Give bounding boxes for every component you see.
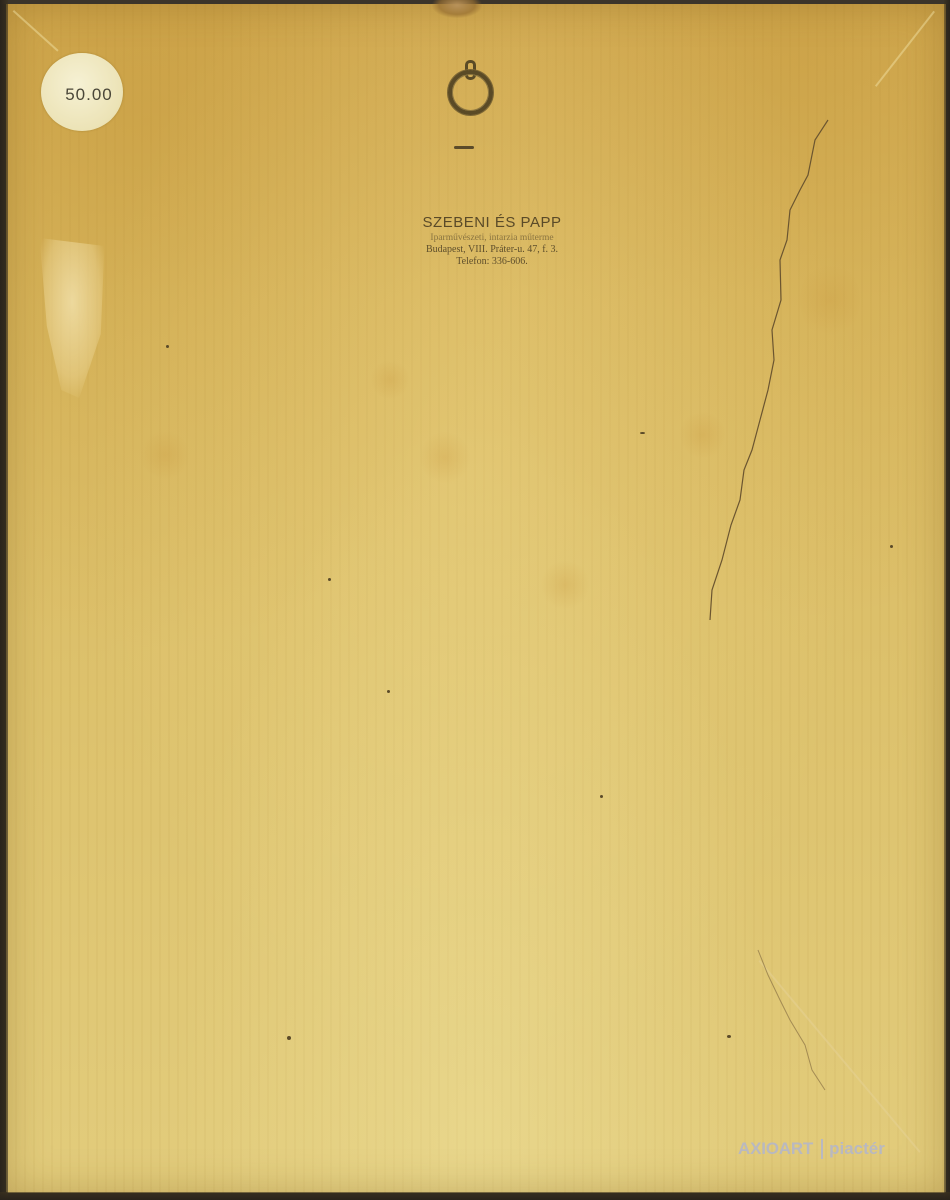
hanging-ring-icon: [448, 70, 493, 115]
maker-label: SZEBENI ÉS PAPP Iparművészeti, intarzia …: [392, 214, 592, 268]
maker-subtitle: Iparművészeti, intarzia műterme: [392, 232, 592, 244]
maker-address: Budapest, VIII. Práter-u. 47, f. 3.: [392, 244, 592, 256]
stain: [680, 410, 725, 460]
maker-phone: Telefon: 336-606.: [392, 256, 592, 268]
stain: [140, 430, 190, 480]
stain: [370, 360, 410, 400]
nail-mark: [454, 146, 474, 149]
watermark-separator: [821, 1139, 823, 1159]
stain: [540, 560, 590, 610]
speck: [640, 432, 645, 434]
speck: [600, 795, 603, 798]
stain: [800, 260, 860, 340]
frame-edge-right: [944, 0, 950, 1200]
torn-paper: [432, 0, 482, 18]
price-text: 50.00: [65, 85, 113, 105]
speck: [328, 578, 331, 581]
stain: [420, 430, 470, 485]
frame-edge-bottom: [0, 1192, 950, 1200]
speck: [387, 690, 390, 693]
watermark-section: piactér: [829, 1139, 885, 1159]
speck: [727, 1035, 731, 1038]
price-sticker: 50.00: [41, 53, 123, 131]
watermark: AXIOART piactér: [738, 1137, 885, 1161]
frame-edge-left: [0, 0, 8, 1200]
maker-name: SZEBENI ÉS PAPP: [392, 214, 592, 232]
speck: [890, 545, 893, 548]
photo: 50.00 SZEBENI ÉS PAPP Iparművészeti, int…: [0, 0, 950, 1200]
watermark-brand: AXIOART: [738, 1139, 813, 1159]
speck: [166, 345, 169, 348]
speck: [287, 1036, 291, 1040]
